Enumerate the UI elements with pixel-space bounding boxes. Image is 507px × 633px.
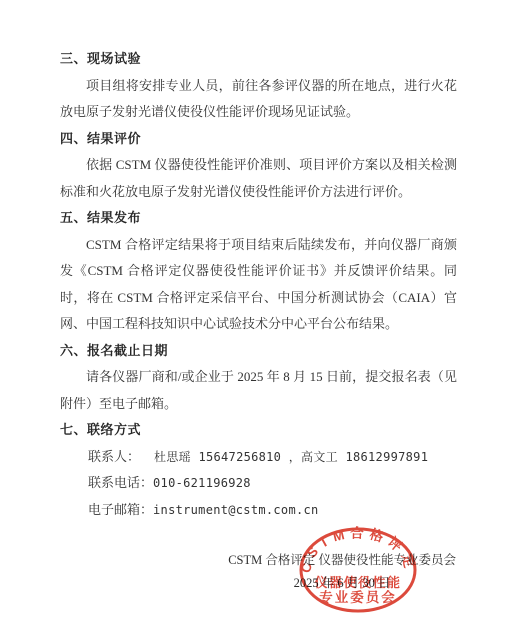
section-registration-deadline: 六、报名截止日期 请各仪器厂商和/或企业于 2025 年 8 月 15 日前，提… xyxy=(60,338,457,418)
contact-person-row: 联系人：杜思瑶 15647256810 ，高文工 18612997891 xyxy=(88,444,457,471)
contact-phone-value: 010-621196928 xyxy=(153,476,251,490)
section-result-evaluation: 四、结果评价 依据 CSTM 仪器使役性能评价准则、项目评价方案以及相关检测标准… xyxy=(60,126,457,206)
contact-list: 联系人：杜思瑶 15647256810 ，高文工 18612997891 联系电… xyxy=(60,444,457,524)
section-heading: 三、现场试验 xyxy=(60,46,457,73)
section-heading: 五、结果发布 xyxy=(60,205,457,232)
section-heading: 四、结果评价 xyxy=(60,126,457,153)
section-paragraph: 项目组将安排专业人员，前往各参评仪器的所在地点，进行火花放电原子发射光谱仪使役仪… xyxy=(60,73,457,126)
section-paragraph: 请各仪器厂商和/或企业于 2025 年 8 月 15 日前，提交报名表（见附件）… xyxy=(60,364,457,417)
contact-person-value: 杜思瑶 15647256810 ，高文工 18612997891 xyxy=(154,450,428,464)
stamp-line2-text: 专业委员会 xyxy=(319,589,397,605)
stamp-arc-text: CSTM合格评定 xyxy=(298,525,419,574)
section-field-test: 三、现场试验 项目组将安排专业人员，前往各参评仪器的所在地点，进行火花放电原子发… xyxy=(60,46,457,126)
contact-phone-row: 联系电话：010-621196928 xyxy=(88,470,457,497)
section-paragraph: CSTM 合格评定结果将于项目结束后陆续发布，并向仪器厂商颁发《CSTM 合格评… xyxy=(60,232,457,338)
section-result-publication: 五、结果发布 CSTM 合格评定结果将于项目结束后陆续发布，并向仪器厂商颁发《C… xyxy=(60,205,457,338)
document-page: 三、现场试验 项目组将安排专业人员，前往各参评仪器的所在地点，进行火花放电原子发… xyxy=(0,0,507,633)
stamp-line1-text: 仪器使役性能 xyxy=(314,575,401,590)
contact-email-row: 电子邮箱：instrument@cstm.com.cn xyxy=(88,497,457,524)
contact-person-label: 联系人： xyxy=(88,449,140,464)
section-contact-info: 七、联络方式 联系人：杜思瑶 15647256810 ，高文工 18612997… xyxy=(60,417,457,523)
section-heading: 七、联络方式 xyxy=(60,417,457,444)
section-heading: 六、报名截止日期 xyxy=(60,338,457,365)
contact-email-value: instrument@cstm.com.cn xyxy=(153,503,319,517)
contact-email-label: 电子邮箱： xyxy=(88,502,153,517)
contact-phone-label: 联系电话： xyxy=(88,475,153,490)
official-stamp: CSTM合格评定 仪器使役性能 专业委员会 xyxy=(294,523,422,619)
section-paragraph: 依据 CSTM 仪器使役性能评价准则、项目评价方案以及相关检测标准和火花放电原子… xyxy=(60,152,457,205)
